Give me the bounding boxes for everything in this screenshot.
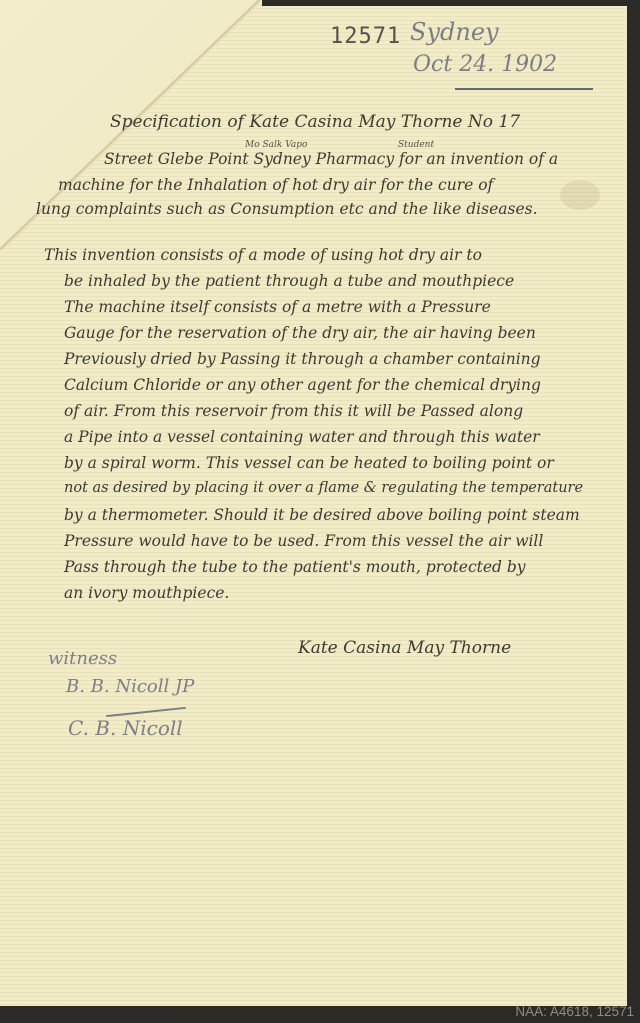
spec-line: machine for the Inhalation of hot dry ai… <box>58 176 493 194</box>
interlinear-note: Mo Salk Vapo <box>245 140 307 150</box>
interlinear-note: Student <box>398 140 434 150</box>
archive-reference: NAA: A4618, 12571 <box>515 1004 634 1019</box>
underline-mark <box>455 88 593 90</box>
body-line: The machine itself consists of a metre w… <box>64 298 491 316</box>
date-annotation: Oct 24. 1902 <box>413 52 557 77</box>
body-line: Pressure would have to be used. From thi… <box>64 532 543 550</box>
archive-caption: National Archives of Australia NAA: A461… <box>0 1001 640 1023</box>
body-line: an ivory mouthpiece. <box>64 584 229 602</box>
witness-signature-2: C. B. Nicoll <box>68 716 183 740</box>
witness-signature-1: B. B. Nicoll JP <box>66 676 194 697</box>
body-line: Pass through the tube to the patient's m… <box>64 558 526 576</box>
applicant-signature: Kate Casina May Thorne <box>298 638 511 658</box>
body-line: Previously dried by Passing it through a… <box>64 350 541 368</box>
witness-label: witness <box>48 648 117 669</box>
spec-line: lung complaints such as Consumption etc … <box>36 200 538 218</box>
body-line: of air. From this reservoir from this it… <box>64 402 523 420</box>
place-annotation: Sydney <box>410 18 499 46</box>
scan-border-top <box>262 0 640 6</box>
spec-line: Street Glebe Point Sydney Pharmacy for a… <box>104 150 558 168</box>
spec-line: Specification of Kate Casina May Thorne … <box>110 112 520 132</box>
body-line: This invention consists of a mode of usi… <box>44 246 482 264</box>
body-line: by a thermometer. Should it be desired a… <box>64 506 580 524</box>
body-line: not as desired by placing it over a flam… <box>64 480 583 496</box>
document-page: 12571 Sydney Oct 24. 1902 Specification … <box>0 0 627 1006</box>
archive-name: National Archives of Australia <box>2 1004 177 1019</box>
body-line: Calcium Chloride or any other agent for … <box>64 376 541 394</box>
body-line: be inhaled by the patient through a tube… <box>64 272 514 290</box>
stain <box>560 180 600 210</box>
body-line: Gauge for the reservation of the dry air… <box>64 324 536 342</box>
body-line: by a spiral worm. This vessel can be hea… <box>64 454 554 472</box>
file-number-stamp: 12571 <box>330 24 401 49</box>
body-line: a Pipe into a vessel containing water an… <box>64 428 540 446</box>
